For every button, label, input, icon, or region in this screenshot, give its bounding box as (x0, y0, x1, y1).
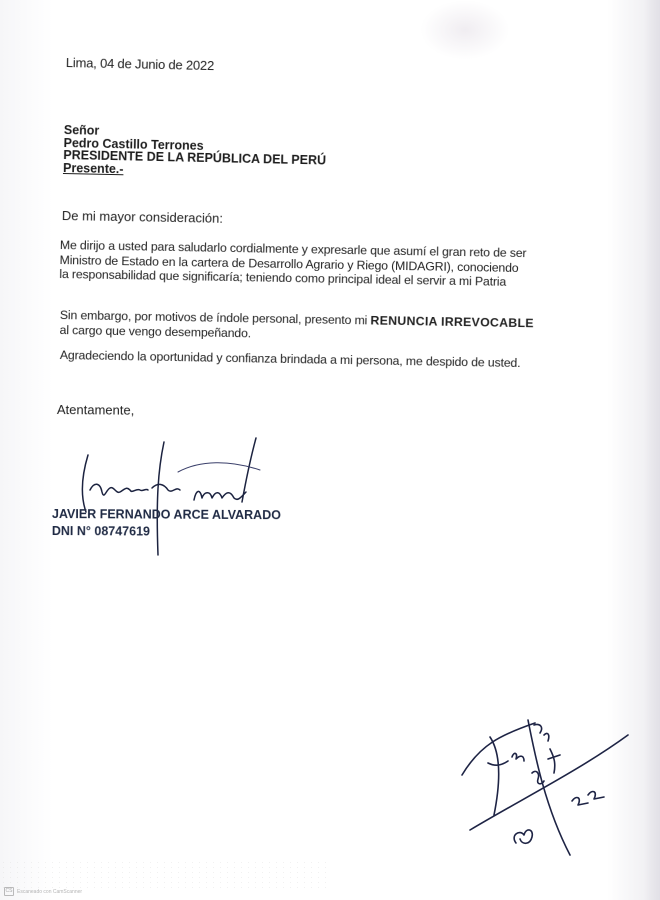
scan-shadow (420, 0, 510, 60)
scanner-watermark: CS Escaneado con CamScanner (4, 887, 82, 896)
watermark-label: Escaneado con CamScanner (17, 889, 82, 895)
scan-noise (0, 860, 330, 890)
signer-name: JAVIER FERNANDO ARCE ALVARADO (52, 506, 281, 524)
scan-edge-shadow (644, 0, 660, 900)
paragraph-thanks: Agradeciendo la oportunidad y confianza … (60, 348, 521, 371)
resignation-emphasis: RENUNCIA IRREVOCABLE (370, 313, 534, 330)
signer-dni: DNI N° 08747619 (52, 523, 281, 541)
date-line: Lima, 04 de Junio de 2022 (66, 55, 215, 73)
camscanner-icon: CS (4, 887, 14, 896)
addressee-block: Señor Pedro Castillo Terrones PRESIDENTE… (63, 124, 327, 179)
signer-block: JAVIER FERNANDO ARCE ALVARADO DNI N° 087… (52, 506, 281, 541)
paragraph-intro: Me dirijo a usted para saludarlo cordial… (59, 238, 526, 290)
received-stamp-handwriting: Recibido 2/4 06/22 (450, 695, 640, 870)
closing: Atentamente, (57, 402, 134, 418)
greeting: De mi mayor consideración: (62, 208, 223, 226)
scanned-letter-page: Lima, 04 de Junio de 2022 Señor Pedro Ca… (0, 0, 660, 900)
paragraph-resignation: Sin embargo, por motivos de índole perso… (59, 308, 533, 345)
